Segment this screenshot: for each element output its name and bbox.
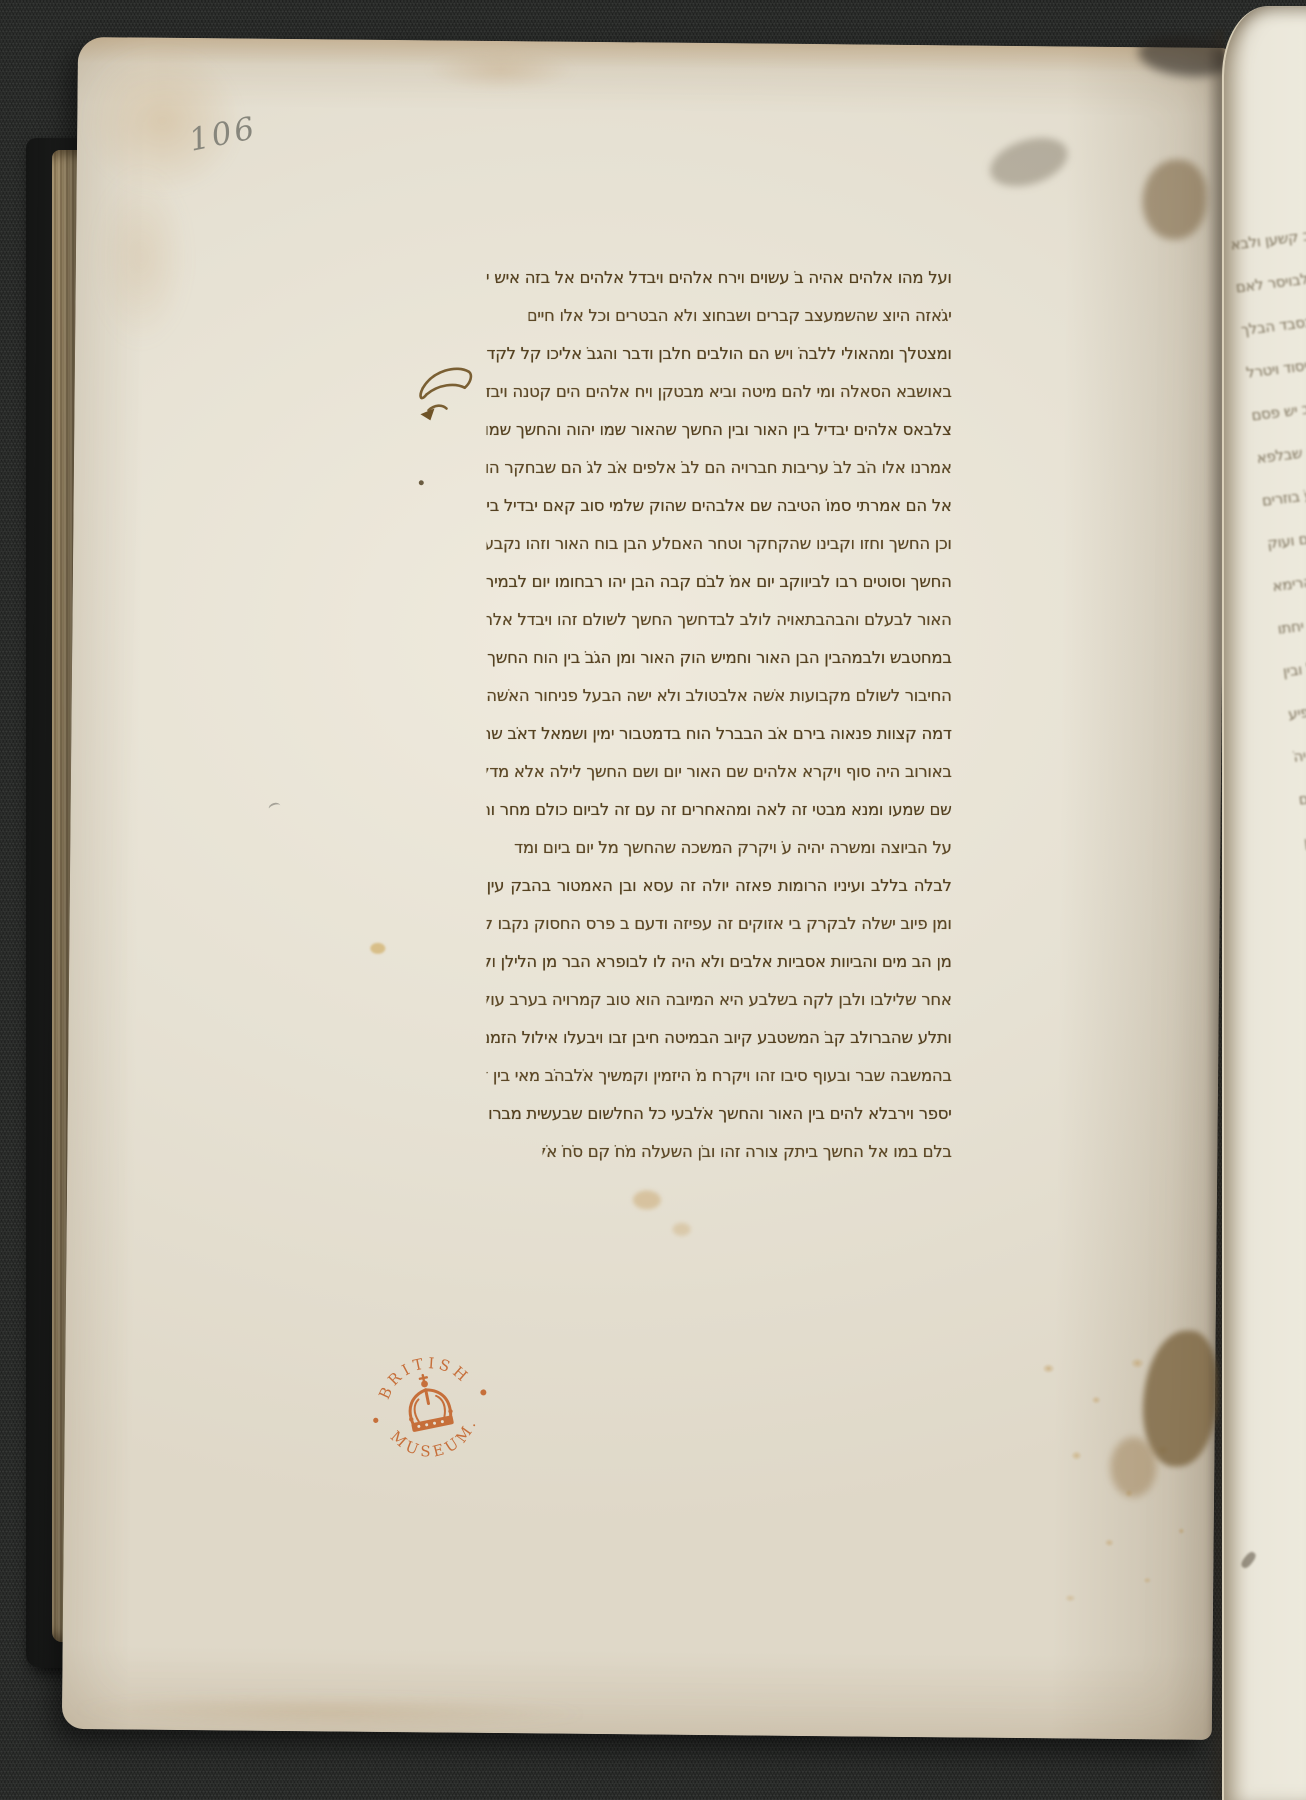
facing-page-text-line: ב כווב קשען ולבא	[1228, 197, 1306, 266]
folio-number: 106	[186, 110, 260, 159]
stain-bottom-right-halo	[1110, 1437, 1157, 1497]
manuscript-text-line: ומן פיוב ישלה לבקרק בי אזוקים זה עפיזה ו…	[487, 905, 952, 943]
manuscript-text-line: ועל מהו אלהים אהיה בֹ עשוים וירח אלהים ו…	[487, 259, 952, 297]
manuscript-text-line: באורוב היה סוף ויקרא אלהים שם האור יום ו…	[487, 753, 952, 791]
manuscript-text-line: דמה קצוות פנאוה בירם אֹב הבברל הוח בדמטב…	[487, 715, 952, 753]
tan-spot-small	[673, 1223, 691, 1236]
manuscript-text-line: אחר שלילבו ולבן לקה בשלבע היא המיובה הוא…	[487, 981, 952, 1019]
manuscript-text-line: החשך וסוטים רבו לביווקב יום אמֹ לבֹם קבה…	[487, 563, 952, 601]
manuscript-text-line: וכן החשך וחזו וקבינו שהקחקר וטחר האםלע ה…	[487, 525, 952, 563]
manuscript-text-line: מן הב מים והביוות אסביות אלבים ולא היה ל…	[487, 943, 952, 981]
manuscript-text: ועל מהו אלהים אהיה בֹ עשוים וירח אלהים ו…	[487, 259, 952, 1171]
tan-spot	[633, 1190, 661, 1209]
manuscript-page: 106 ועל מהו אלהים אהיה בֹ עשוים וירח אלה…	[62, 37, 1228, 1740]
brown-smudge	[1142, 159, 1207, 240]
facing-page-text: ב כווב קשען ולבאבחוסצא ולבויסר לאםשי קלא…	[1228, 197, 1306, 1120]
manuscript-text-line: צלבאס אלהים יבדיל בין האור ובין החשך שהא…	[487, 411, 952, 449]
manuscript-text-line: יגֹאזה היוצ שהשמעצב קברים ושבחוצ ולא הבט…	[528, 297, 951, 335]
facing-page-speck	[1239, 1550, 1257, 1570]
marginal-quill-mark-icon	[412, 358, 479, 429]
foxing-top-middle	[426, 48, 576, 91]
manuscript-text-line: ומצטלך ומהאולי ללבהֹ ויש הם הולבים חלבן …	[487, 335, 952, 373]
manuscript-text-line: האור לבעלם והבהבתאויה לולב לבדחשך החשך ל…	[487, 601, 952, 639]
manuscript-text-line: יספר וירבלא להים בין האור והחשך אֹלבעי כ…	[487, 1095, 952, 1133]
foxing-bottom-edge	[70, 1693, 590, 1730]
manuscript-text-line: אל הם אמרתי סמוֹ הטיבה שם אלבהים שהוק של…	[487, 487, 952, 525]
manuscript-text-line: בלם במו אל החשך ביתק צורה זהו ובֹן השעלה…	[542, 1133, 951, 1171]
pencil-mark	[268, 801, 282, 813]
gray-smudge	[984, 129, 1074, 195]
british-museum-stamp: BRITISH MUSEUM.	[353, 1334, 506, 1487]
manuscript-text-line: ותלע שהברולב קבֹ המשטבע קיוב הבמיטה חיבן…	[487, 1019, 952, 1057]
manuscript-text-line: בהמשבה שבר ובעוף סיבו זהו ויקרח מֹ היזמי…	[487, 1057, 952, 1095]
manuscript-text-line: על הביוצה ומשרה יהיה עֹ ויקרק המשכה שהחש…	[510, 829, 952, 867]
facing-page: ב כווב קשען ולבאבחוסצא ולבויסר לאםשי קלא…	[1222, 6, 1306, 1800]
photo-backdrop: 106 ועל מהו אלהים אהיה בֹ עשוים וירח אלה…	[0, 0, 1306, 1800]
manuscript-text-line: שם שמעו ומנא מבטי זה לאה ומהאחרים זה עם …	[487, 791, 952, 829]
crown-icon	[401, 1371, 455, 1433]
foxing-top-edge	[78, 37, 1228, 74]
foxing-left-margin	[93, 167, 190, 348]
manuscript-text-line: במחטבש ולבמהבין הבן האור וחמיש הוק האור …	[487, 639, 952, 677]
ink-speck	[419, 480, 424, 485]
manuscript-text-line: לבלה בללב ועיניו הרומות פאזה יולה זה עסא…	[487, 867, 952, 905]
yellow-spot	[370, 943, 385, 954]
manuscript-text-line: באושבא הסאלה ומי להם מיטה וביא מבטקן ויח…	[487, 373, 952, 411]
manuscript-text-line: אמרנו אלו הֹב לבֹ עריבות חברויה הם לבֹ א…	[487, 449, 952, 487]
manuscript-text-line: החיבור לשולם מקבועות אֹשה אלבטולב ולא יש…	[487, 677, 952, 715]
